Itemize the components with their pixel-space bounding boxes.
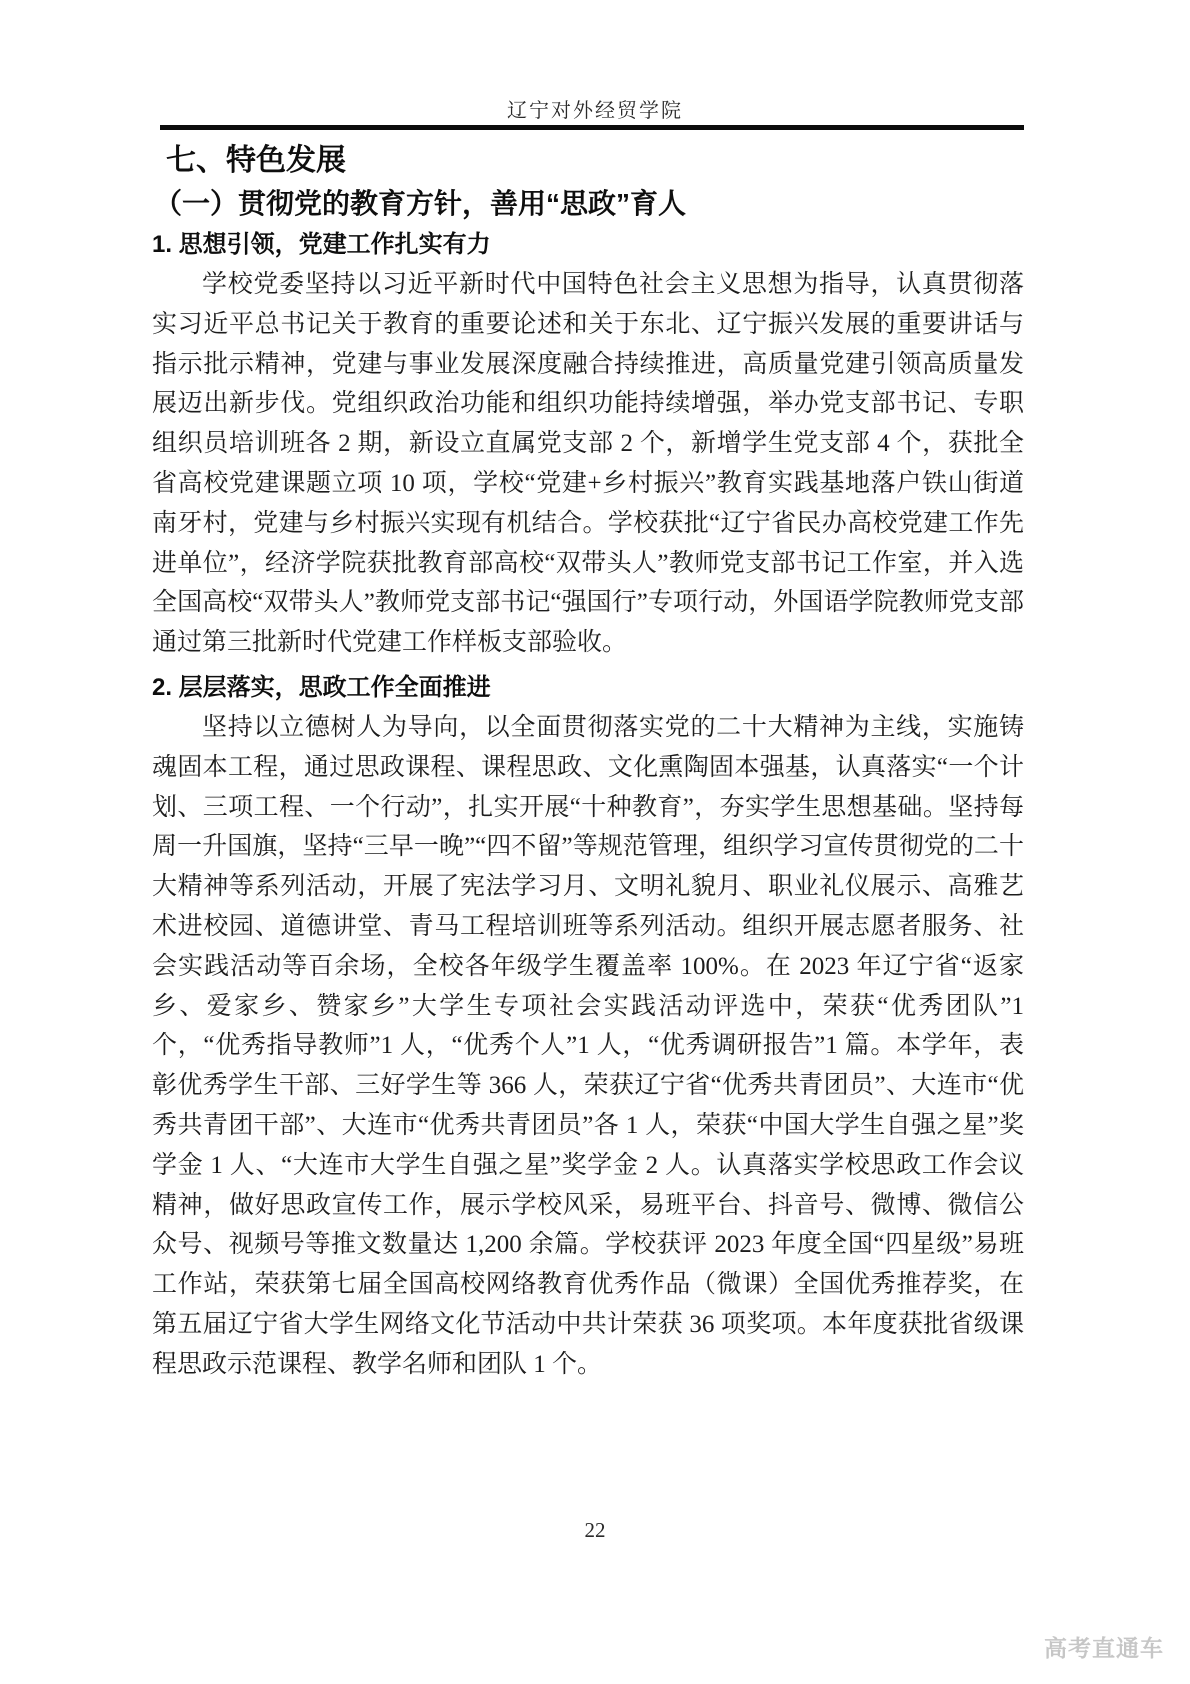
watermark-text: 高考直通车 (1044, 1630, 1164, 1663)
page-number: 22 (0, 1517, 1190, 1543)
block-2-heading: 2. 层层落实，思政工作全面推进 (152, 669, 1024, 706)
block-1-heading: 1. 思想引领，党建工作扎实有力 (152, 226, 1024, 263)
document-header-title: 辽宁对外经贸学院 (0, 94, 1190, 123)
subsection-heading: （一）贯彻党的教育方针，善用“思政”育人 (154, 184, 1024, 224)
header-divider-rule (160, 125, 1024, 130)
document-body: 七、特色发展 （一）贯彻党的教育方针，善用“思政”育人 1. 思想引领，党建工作… (152, 142, 1024, 1385)
block-1-paragraph: 学校党委坚持以习近平新时代中国特色社会主义思想为指导，认真贯彻落实习近平总书记关… (152, 265, 1024, 663)
section-heading: 七、特色发展 (166, 142, 1024, 180)
block-2-paragraph: 坚持以立德树人为导向，以全面贯彻落实党的二十大精神为主线，实施铸魂固本工程，通过… (152, 708, 1024, 1385)
